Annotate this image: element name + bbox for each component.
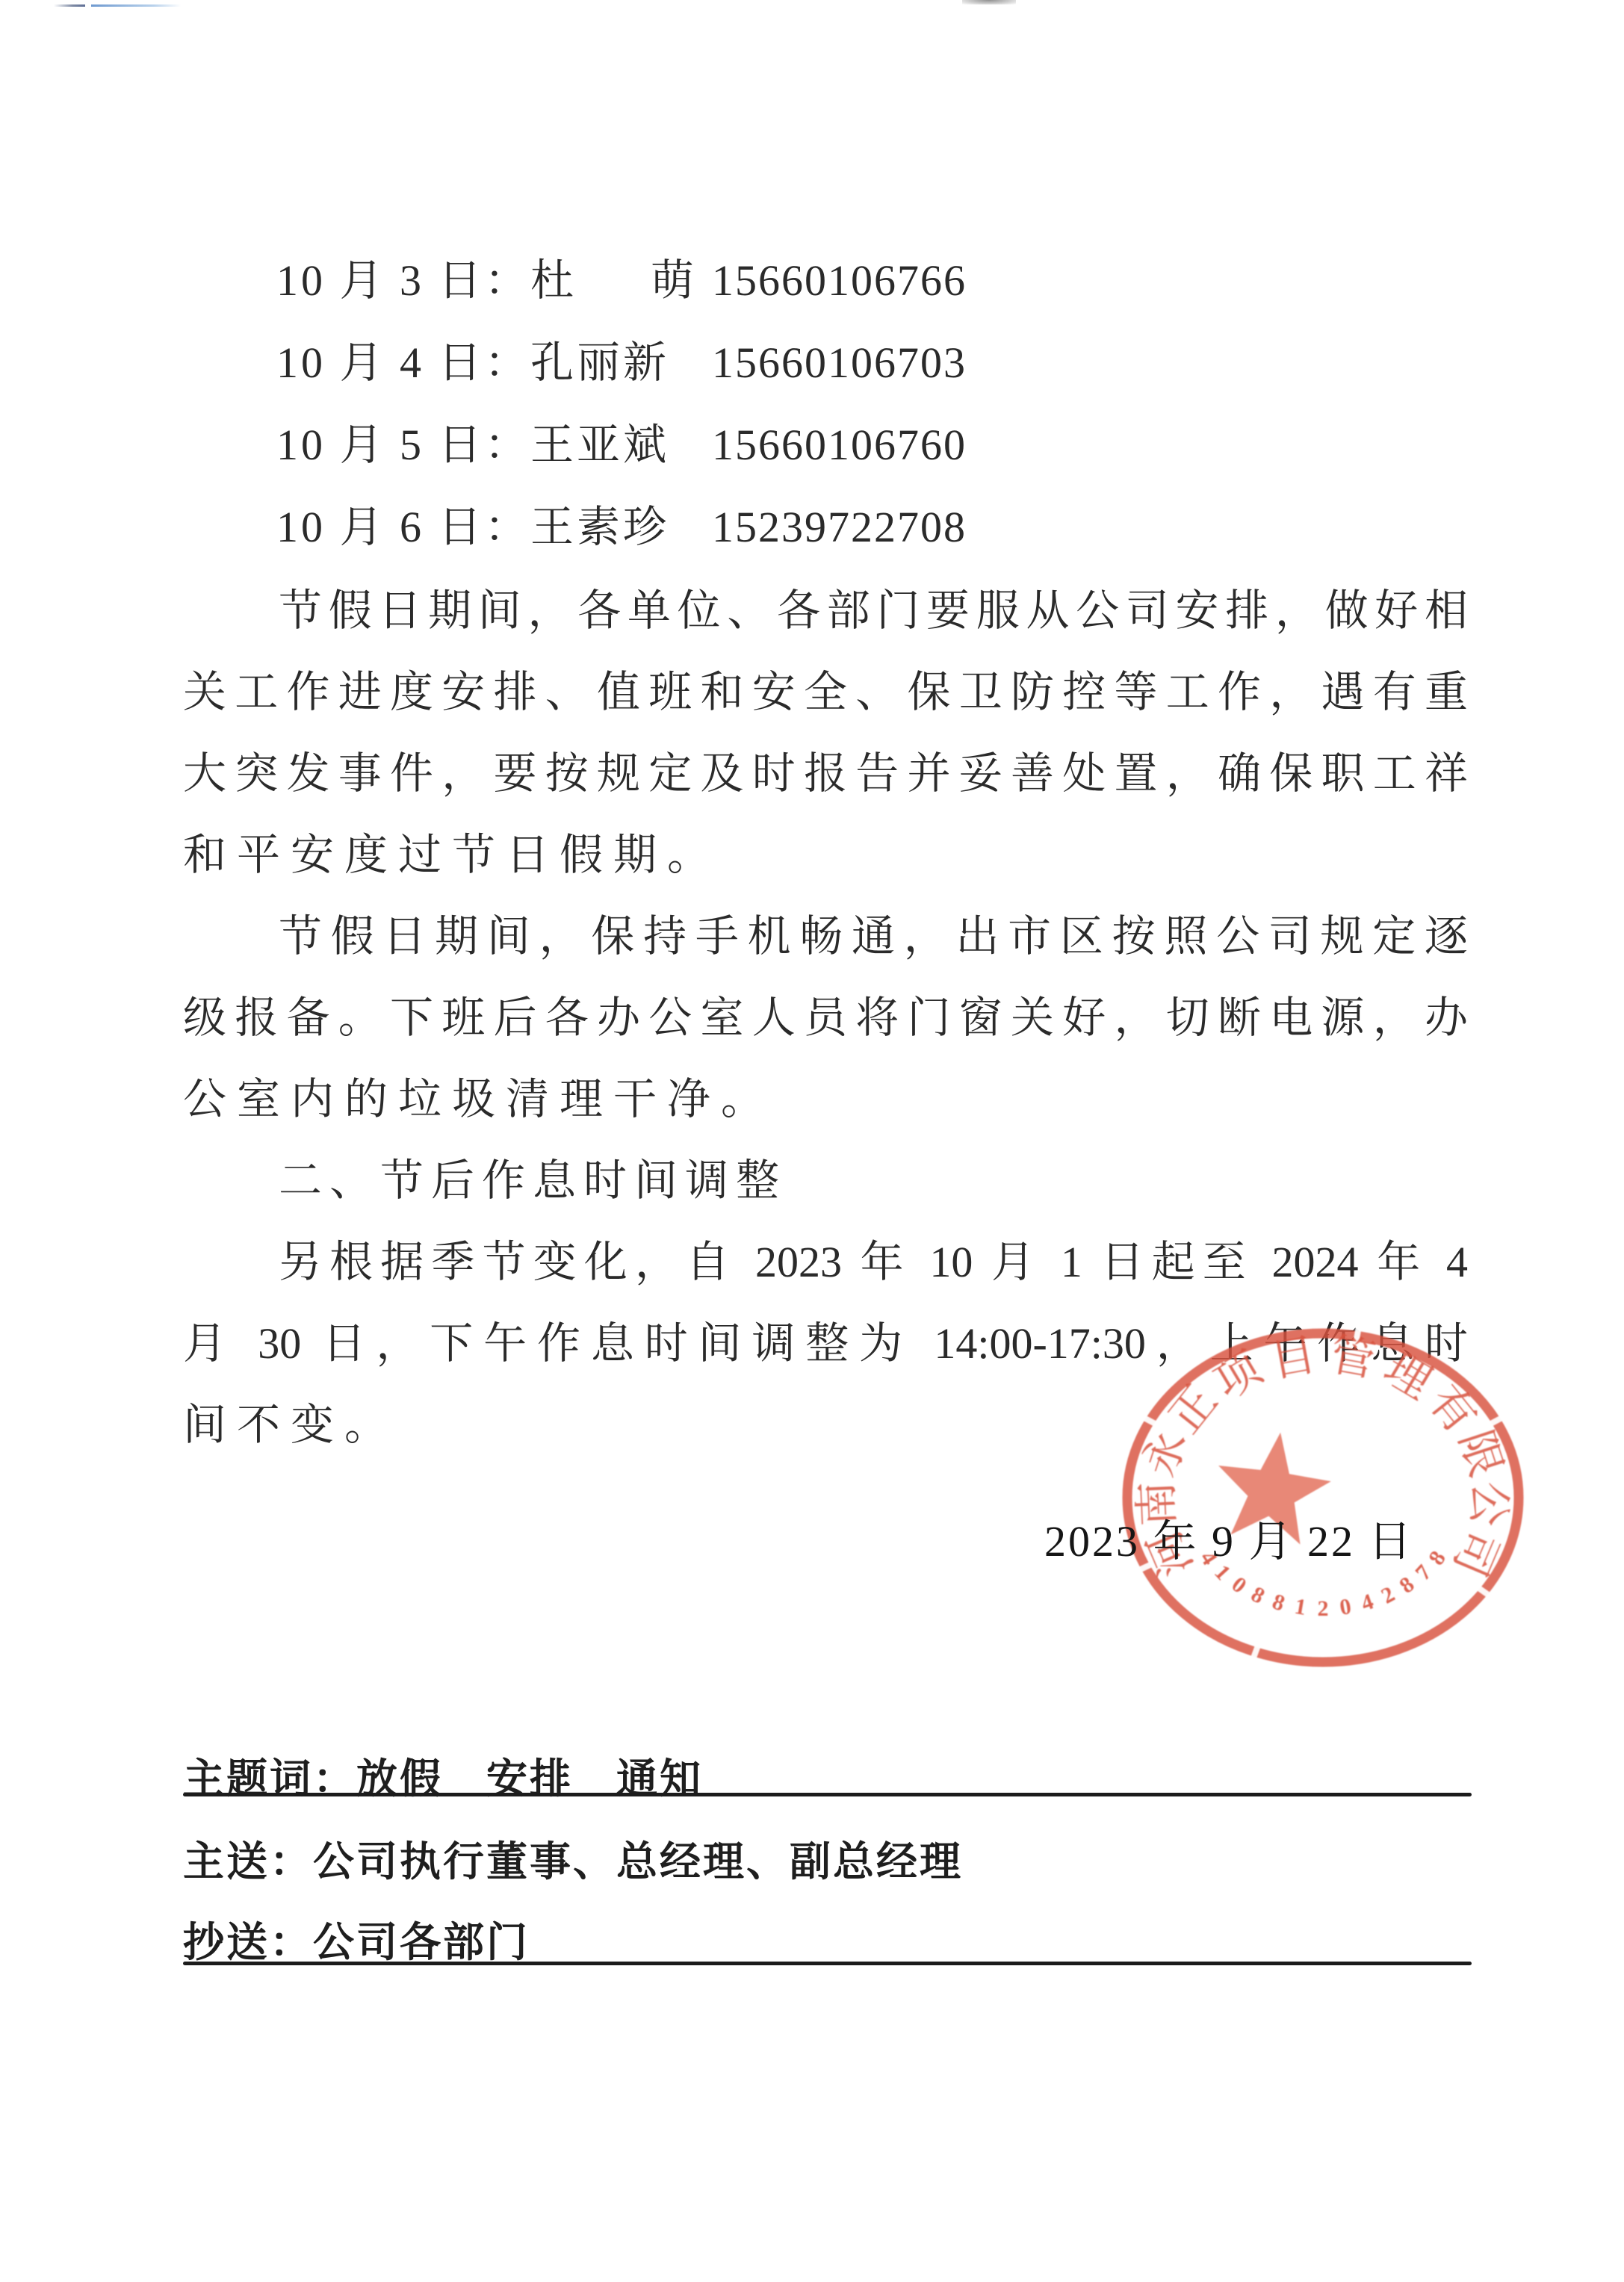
company-seal: 河 南 永 正 项 目 管 理 有 限 公 司 4 1 0 8 8 1 2 0 … xyxy=(1113,1321,1533,1675)
seal-serial-digit: 8 xyxy=(1424,1547,1451,1570)
roster-date: 10 月 6 日： xyxy=(276,503,530,553)
roster-row: 10 月 5 日：王亚斌15660106760 xyxy=(276,421,967,471)
seal-serial-digit: 2 xyxy=(1318,1596,1329,1621)
seal-serial-digit: 1 xyxy=(1293,1594,1308,1620)
roster-row: 10 月 6 日：王素珍15239722708 xyxy=(276,503,967,553)
roster-date: 10 月 5 日： xyxy=(276,421,530,471)
paragraph2-line: 节假日期间，保持手机畅通，出市区按照公司规定逐 xyxy=(279,912,1468,962)
roster-phone: 15239722708 xyxy=(712,503,967,551)
scan-artifact-line-blue xyxy=(91,4,181,7)
scan-artifact-smudge xyxy=(962,0,1016,4)
roster-row: 10 月 3 日：杜 萌15660106766 xyxy=(276,256,967,306)
seal-serial-digit: 8 xyxy=(1247,1581,1268,1608)
scanned-notice-page: 10 月 3 日：杜 萌15660106766 10 月 4 日：孔丽新1566… xyxy=(0,0,1624,2282)
seal-company-char: 公 xyxy=(1463,1480,1515,1528)
scan-artifact-line-gray xyxy=(54,4,85,7)
footer-rule-bottom xyxy=(183,1962,1472,1965)
paragraph2-line: 级报备。下班后各办公室人员将门窗关好，切断电源，办 xyxy=(183,993,1468,1044)
seal-serial-digit: 7 xyxy=(1410,1560,1436,1585)
roster-phone: 15660106766 xyxy=(712,256,967,305)
footer-copy-send: 抄送：公司各部门 xyxy=(183,1909,530,1968)
seal-serial-digit: 0 xyxy=(1227,1572,1251,1598)
paragraph3-line: 另根据季节变化，自 2023 年 10 月 1 日起至 2024 年 4 xyxy=(279,1238,1468,1288)
seal-company-char: 管 xyxy=(1326,1330,1379,1386)
section-heading: 二、节后作息时间调整 xyxy=(279,1156,787,1206)
roster-name: 杜 萌 xyxy=(530,256,693,306)
roster-date: 10 月 4 日： xyxy=(276,338,530,388)
paragraph1-line: 关工作进度安排、值班和安全、保卫防控等工作，遇有重 xyxy=(183,668,1468,718)
sign-date: 2023 年 9 月 22 日 xyxy=(1044,1506,1414,1569)
paragraph1-line: 大突发事件，要按规定及时报告并妥善处置，确保职工祥 xyxy=(183,749,1468,799)
roster-name: 孔丽新 xyxy=(530,338,693,388)
roster-name: 王亚斌 xyxy=(530,421,693,471)
seal-company-char: 目 xyxy=(1267,1330,1320,1386)
seal-serial-digit: 4 xyxy=(1358,1589,1377,1616)
paragraph2-line: 公室内的垃圾清理干净。 xyxy=(183,1075,775,1125)
paragraph1-line: 节假日期间，各单位、各部门要服从公司安排，做好相 xyxy=(279,586,1468,636)
roster-date: 10 月 3 日： xyxy=(276,256,530,306)
paragraph3-line: 间不变。 xyxy=(183,1401,398,1451)
seal-serial-digit: 2 xyxy=(1377,1581,1399,1608)
paragraph1-line: 和平安度过节日假期。 xyxy=(183,831,721,881)
seal-serial-digit: 0 xyxy=(1338,1594,1353,1620)
seal-serial-digit: 8 xyxy=(1269,1589,1288,1616)
footer-rule-top xyxy=(183,1793,1472,1796)
roster-row: 10 月 4 日：孔丽新15660106703 xyxy=(276,338,967,388)
footer-main-send: 主送：公司执行董事、总经理、副总经理 xyxy=(183,1829,963,1888)
seal-serial-digit: 8 xyxy=(1395,1572,1419,1598)
roster-phone: 15660106760 xyxy=(712,421,967,469)
roster-phone: 15660106703 xyxy=(712,338,967,387)
roster-name: 王素珍 xyxy=(530,503,693,553)
